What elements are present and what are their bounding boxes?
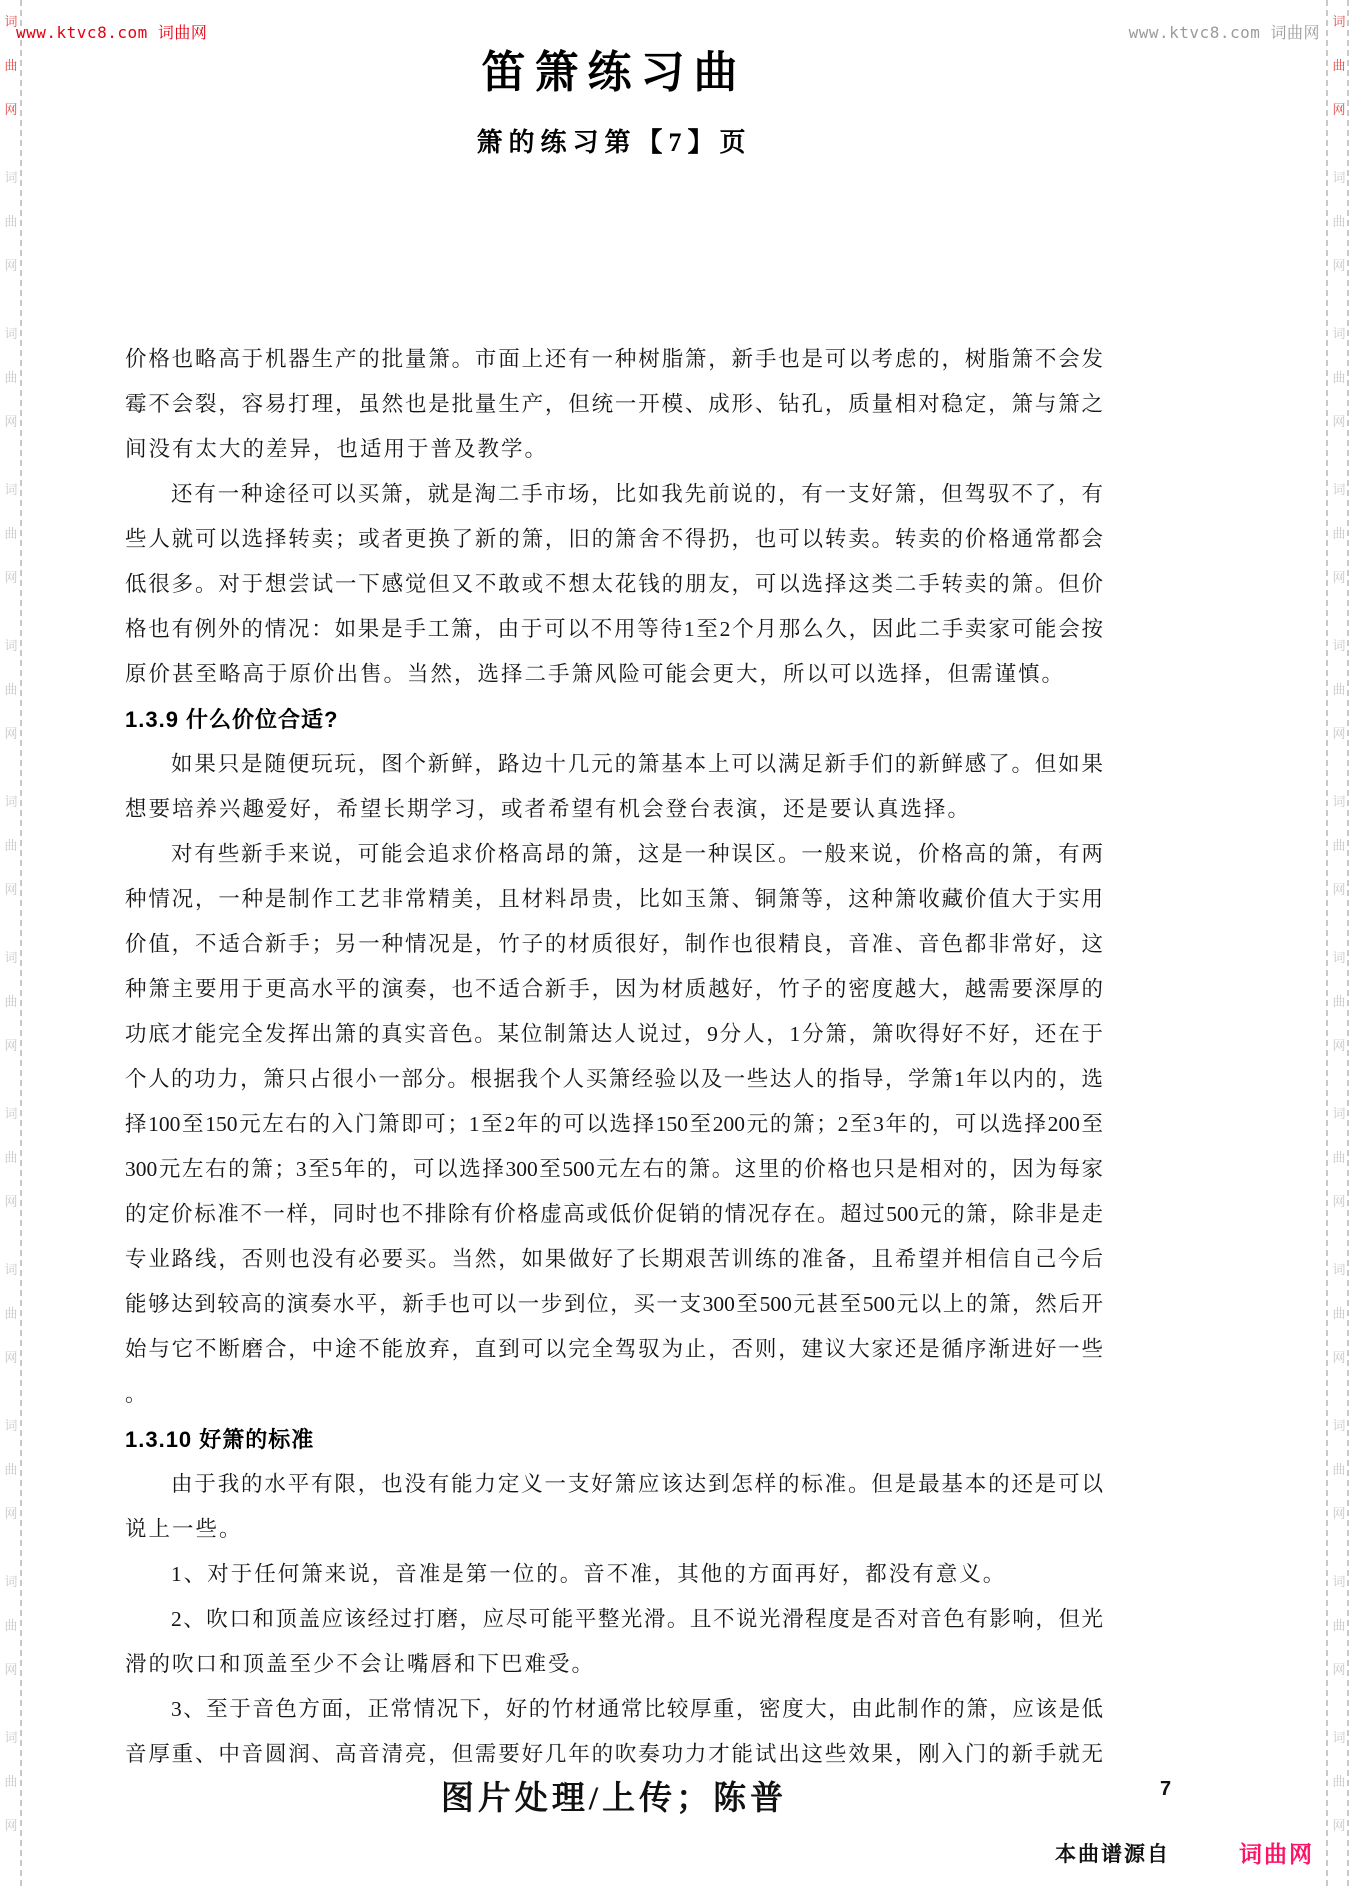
body-text-line: 由于我的水平有限，也没有能力定义一支好箫应该达到怎样的标准。但是最基本的还是可以 bbox=[125, 1462, 1103, 1507]
rail-watermark-char: 网 bbox=[3, 400, 19, 444]
body-text-line: 低很多。对于想尝试一下感觉但又不敢或不想太花钱的朋友，可以选择这类二手转卖的箫。… bbox=[125, 562, 1103, 607]
body-text-line: 对有些新手来说，可能会追求价格高昂的箫，这是一种误区。一般来说，价格高的箫，有两 bbox=[125, 832, 1103, 877]
body-text-line: 个人的功力，箫只占很小一部分。根据我个人买箫经验以及一些达人的指导，学箫1年以内… bbox=[125, 1057, 1103, 1102]
rail-watermark-char: 词 bbox=[3, 1560, 19, 1604]
body-text-line: 滑的吹口和顶盖至少不会让嘴唇和下巴难受。 bbox=[125, 1642, 1103, 1687]
rail-watermark-char: 曲 bbox=[3, 356, 19, 400]
rail-watermark-char: 曲 bbox=[1331, 512, 1347, 556]
rail-watermark-char: 词 bbox=[3, 936, 19, 980]
rail-watermark-char: 词 bbox=[1331, 1560, 1347, 1604]
rail-watermark-char: 网 bbox=[3, 1492, 19, 1536]
left-dashed-line bbox=[20, 0, 22, 1886]
rail-watermark-char: 曲 bbox=[3, 1292, 19, 1336]
right-dashed-line bbox=[1326, 0, 1328, 1886]
rail-watermark-char: 曲 bbox=[3, 1760, 19, 1804]
page-subtitle: 箫的练习第【7】页 bbox=[125, 122, 1103, 159]
rail-watermark-group: 词曲网 bbox=[3, 624, 19, 756]
body-text-line: 说上一些。 bbox=[125, 1507, 1103, 1552]
rail-watermark-char: 网 bbox=[3, 1180, 19, 1224]
document-body: 价格也略高于机器生产的批量箫。市面上还有一种树脂箫，新手也是可以考虑的，树脂箫不… bbox=[125, 337, 1103, 1777]
rail-watermark-char: 网 bbox=[1331, 1024, 1347, 1068]
rail-watermark-char: 网 bbox=[1331, 556, 1347, 600]
rail-watermark-group: 词曲网 bbox=[1331, 468, 1347, 600]
body-text-line: 格也有例外的情况：如果是手工箫，由于可以不用等待1至2个月那么久，因此二手卖家可… bbox=[125, 607, 1103, 652]
rail-watermark-char: 曲 bbox=[1331, 1292, 1347, 1336]
rail-watermark-group: 词曲网 bbox=[1331, 0, 1347, 132]
rail-watermark-char: 网 bbox=[1331, 1648, 1347, 1692]
rail-watermark-char: 网 bbox=[3, 88, 19, 132]
rail-watermark-group: 词曲网 bbox=[3, 468, 19, 600]
rail-watermark-char: 词 bbox=[1331, 936, 1347, 980]
rail-watermark-char: 曲 bbox=[1331, 668, 1347, 712]
rail-watermark-char: 词 bbox=[3, 1248, 19, 1292]
rail-watermark-group: 词曲网 bbox=[1331, 780, 1347, 912]
body-text-line: 价值，不适合新手；另一种情况是，竹子的材质很好，制作也很精良，音准、音色都非常好… bbox=[125, 922, 1103, 967]
rail-watermark-group: 词曲网 bbox=[1331, 1404, 1347, 1536]
rail-watermark-group: 词曲网 bbox=[3, 156, 19, 288]
body-text-line: 种情况，一种是制作工艺非常精美，且材料昂贵，比如玉箫、铜箫等，这种箫收藏价值大于… bbox=[125, 877, 1103, 922]
rail-watermark-char: 词 bbox=[1331, 0, 1347, 44]
page-number: 7 bbox=[1160, 1778, 1171, 1801]
rail-watermark-group: 词曲网 bbox=[1331, 1560, 1347, 1692]
scanned-document-page: { "page": {"width": 1350, "height": 1886… bbox=[0, 0, 1350, 1886]
rail-watermark-group: 词曲网 bbox=[1331, 1248, 1347, 1380]
rail-watermark-char: 曲 bbox=[3, 668, 19, 712]
body-text-line: 音厚重、中音圆润、高音清亮，但需要好几年的吹奏功力才能试出这些效果，刚入门的新手… bbox=[125, 1732, 1103, 1777]
rail-watermark-char: 词 bbox=[3, 468, 19, 512]
rail-watermark-group: 词曲网 bbox=[1331, 624, 1347, 756]
rail-watermark-char: 网 bbox=[3, 1804, 19, 1848]
rail-watermark-char: 词 bbox=[1331, 1092, 1347, 1136]
rail-watermark-char: 曲 bbox=[3, 824, 19, 868]
rail-watermark-char: 网 bbox=[3, 868, 19, 912]
body-text-line: 择100至150元左右的入门箫即可；1至2年的可以选择150至200元的箫；2至… bbox=[125, 1102, 1103, 1147]
rail-watermark-char: 网 bbox=[3, 1648, 19, 1692]
body-text-line: 种箫主要用于更高水平的演奏，也不适合新手，因为材质越好，竹子的密度越大，越需要深… bbox=[125, 967, 1103, 1012]
rail-watermark-char: 网 bbox=[1331, 1180, 1347, 1224]
rail-watermark-group: 词曲网 bbox=[1331, 156, 1347, 288]
page-title: 笛箫练习曲 bbox=[125, 36, 1103, 100]
rail-watermark-char: 网 bbox=[1331, 400, 1347, 444]
rail-watermark-char: 网 bbox=[3, 556, 19, 600]
rail-watermark-char: 网 bbox=[1331, 1804, 1347, 1848]
rail-watermark-char: 词 bbox=[3, 624, 19, 668]
rail-watermark-char: 词 bbox=[1331, 1716, 1347, 1760]
rail-watermark-char: 词 bbox=[1331, 156, 1347, 200]
rail-watermark-char: 网 bbox=[1331, 1492, 1347, 1536]
rail-watermark-char: 曲 bbox=[3, 980, 19, 1024]
rail-watermark-group: 词曲网 bbox=[3, 312, 19, 444]
body-text-line: 价格也略高于机器生产的批量箫。市面上还有一种树脂箫，新手也是可以考虑的，树脂箫不… bbox=[125, 337, 1103, 382]
rail-watermark-char: 曲 bbox=[1331, 1604, 1347, 1648]
body-text-line: 原价甚至略高于原价出售。当然，选择二手箫风险可能会更大，所以可以选择，但需谨慎。 bbox=[125, 652, 1103, 697]
rail-watermark-char: 网 bbox=[1331, 244, 1347, 288]
rail-watermark-char: 曲 bbox=[1331, 980, 1347, 1024]
body-text-line: 想要培养兴趣爱好，希望长期学习，或者希望有机会登台表演，还是要认真选择。 bbox=[125, 787, 1103, 832]
rail-watermark-char: 曲 bbox=[1331, 1760, 1347, 1804]
rail-watermark-char: 网 bbox=[3, 1336, 19, 1380]
source-label: 本曲谱源自 bbox=[1055, 1838, 1170, 1868]
rail-watermark-char: 网 bbox=[3, 712, 19, 756]
body-text-line: 间没有太大的差异，也适用于普及教学。 bbox=[125, 427, 1103, 472]
left-watermark-rail: 词曲网词曲网词曲网词曲网词曲网词曲网词曲网词曲网词曲网词曲网词曲网词曲网 bbox=[3, 0, 19, 1872]
rail-watermark-group: 词曲网 bbox=[1331, 1716, 1347, 1848]
body-text-line: 如果只是随便玩玩，图个新鲜，路边十几元的箫基本上可以满足新手们的新鲜感了。但如果 bbox=[125, 742, 1103, 787]
rail-watermark-char: 网 bbox=[1331, 88, 1347, 132]
rail-watermark-group: 词曲网 bbox=[1331, 1092, 1347, 1224]
body-text-line: 。 bbox=[125, 1372, 1103, 1417]
rail-watermark-char: 词 bbox=[1331, 1404, 1347, 1448]
body-text-line: 3、至于音色方面，正常情况下，好的竹材通常比较厚重，密度大，由此制作的箫，应该是… bbox=[125, 1687, 1103, 1732]
source-brand-logo: 词曲网 bbox=[1239, 1836, 1314, 1869]
rail-watermark-char: 曲 bbox=[3, 1136, 19, 1180]
rail-watermark-char: 曲 bbox=[1331, 200, 1347, 244]
rail-watermark-char: 曲 bbox=[1331, 356, 1347, 400]
top-right-watermark: www.ktvc8.com 词曲网 bbox=[1129, 20, 1320, 43]
rail-watermark-char: 曲 bbox=[3, 1448, 19, 1492]
rail-watermark-group: 词曲网 bbox=[3, 1092, 19, 1224]
rail-watermark-char: 曲 bbox=[1331, 824, 1347, 868]
rail-watermark-char: 词 bbox=[3, 1404, 19, 1448]
body-text-line: 霉不会裂，容易打理，虽然也是批量生产，但统一开模、成形、钻孔，质量相对稳定，箫与… bbox=[125, 382, 1103, 427]
rail-watermark-char: 曲 bbox=[1331, 1448, 1347, 1492]
rail-watermark-char: 词 bbox=[1331, 624, 1347, 668]
rail-watermark-char: 曲 bbox=[3, 44, 19, 88]
rail-watermark-char: 曲 bbox=[1331, 1136, 1347, 1180]
rail-watermark-char: 网 bbox=[1331, 1336, 1347, 1380]
uploader-credit: 图片处理/上传；陈普 bbox=[125, 1772, 1103, 1819]
rail-watermark-char: 网 bbox=[1331, 712, 1347, 756]
rail-watermark-group: 词曲网 bbox=[3, 936, 19, 1068]
page-background: 词曲网词曲网词曲网词曲网词曲网词曲网词曲网词曲网词曲网词曲网词曲网词曲网 词曲网… bbox=[0, 0, 1350, 1886]
rail-watermark-char: 词 bbox=[3, 312, 19, 356]
rail-watermark-char: 曲 bbox=[3, 200, 19, 244]
rail-watermark-char: 词 bbox=[1331, 468, 1347, 512]
rail-watermark-char: 网 bbox=[3, 244, 19, 288]
rail-watermark-group: 词曲网 bbox=[1331, 936, 1347, 1068]
body-text-line: 300元左右的箫；3至5年的，可以选择300至500元左右的箫。这里的价格也只是… bbox=[125, 1147, 1103, 1192]
rail-watermark-char: 网 bbox=[3, 1024, 19, 1068]
rail-watermark-char: 网 bbox=[1331, 868, 1347, 912]
section-heading: 1.3.9 什么价位合适? bbox=[125, 697, 1103, 742]
body-text-line: 些人就可以选择转卖；或者更换了新的箫，旧的箫舍不得扔，也可以转卖。转卖的价格通常… bbox=[125, 517, 1103, 562]
body-text-line: 功底才能完全发挥出箫的真实音色。某位制箫达人说过，9分人，1分箫，箫吹得好不好，… bbox=[125, 1012, 1103, 1057]
body-text-line: 2、吹口和顶盖应该经过打磨，应尽可能平整光滑。且不说光滑程度是否对音色有影响，但… bbox=[125, 1597, 1103, 1642]
rail-watermark-group: 词曲网 bbox=[3, 1560, 19, 1692]
rail-watermark-char: 词 bbox=[1331, 1248, 1347, 1292]
rail-watermark-char: 词 bbox=[1331, 780, 1347, 824]
rail-watermark-char: 曲 bbox=[3, 1604, 19, 1648]
body-text-line: 始与它不断磨合，中途不能放弃，直到可以完全驾驭为止，否则，建议大家还是循序渐进好… bbox=[125, 1327, 1103, 1372]
rail-watermark-char: 曲 bbox=[3, 512, 19, 556]
right-edge-dashed-line bbox=[1347, 0, 1349, 1886]
body-text-line: 还有一种途径可以买箫，就是淘二手市场，比如我先前说的，有一支好箫，但驾驭不了，有 bbox=[125, 472, 1103, 517]
right-watermark-rail: 词曲网词曲网词曲网词曲网词曲网词曲网词曲网词曲网词曲网词曲网词曲网词曲网 bbox=[1331, 0, 1347, 1872]
rail-watermark-char: 词 bbox=[1331, 312, 1347, 356]
rail-watermark-group: 词曲网 bbox=[3, 1404, 19, 1536]
body-text-line: 能够达到较高的演奏水平，新手也可以一步到位，买一支300至500元甚至500元以… bbox=[125, 1282, 1103, 1327]
rail-watermark-char: 曲 bbox=[1331, 44, 1347, 88]
rail-watermark-group: 词曲网 bbox=[3, 1716, 19, 1848]
body-text-line: 1、对于任何箫来说，音准是第一位的。音不准，其他的方面再好，都没有意义。 bbox=[125, 1552, 1103, 1597]
rail-watermark-group: 词曲网 bbox=[3, 1248, 19, 1380]
rail-watermark-char: 词 bbox=[3, 780, 19, 824]
section-heading: 1.3.10 好箫的标准 bbox=[125, 1417, 1103, 1462]
rail-watermark-char: 词 bbox=[3, 156, 19, 200]
rail-watermark-char: 词 bbox=[3, 1092, 19, 1136]
rail-watermark-char: 词 bbox=[3, 1716, 19, 1760]
rail-watermark-group: 词曲网 bbox=[3, 780, 19, 912]
body-text-line: 专业路线，否则也没有必要买。当然，如果做好了长期艰苦训练的准备，且希望并相信自己… bbox=[125, 1237, 1103, 1282]
rail-watermark-group: 词曲网 bbox=[1331, 312, 1347, 444]
body-text-line: 的定价标准不一样，同时也不排除有价格虚高或低价促销的情况存在。超过500元的箫，… bbox=[125, 1192, 1103, 1237]
